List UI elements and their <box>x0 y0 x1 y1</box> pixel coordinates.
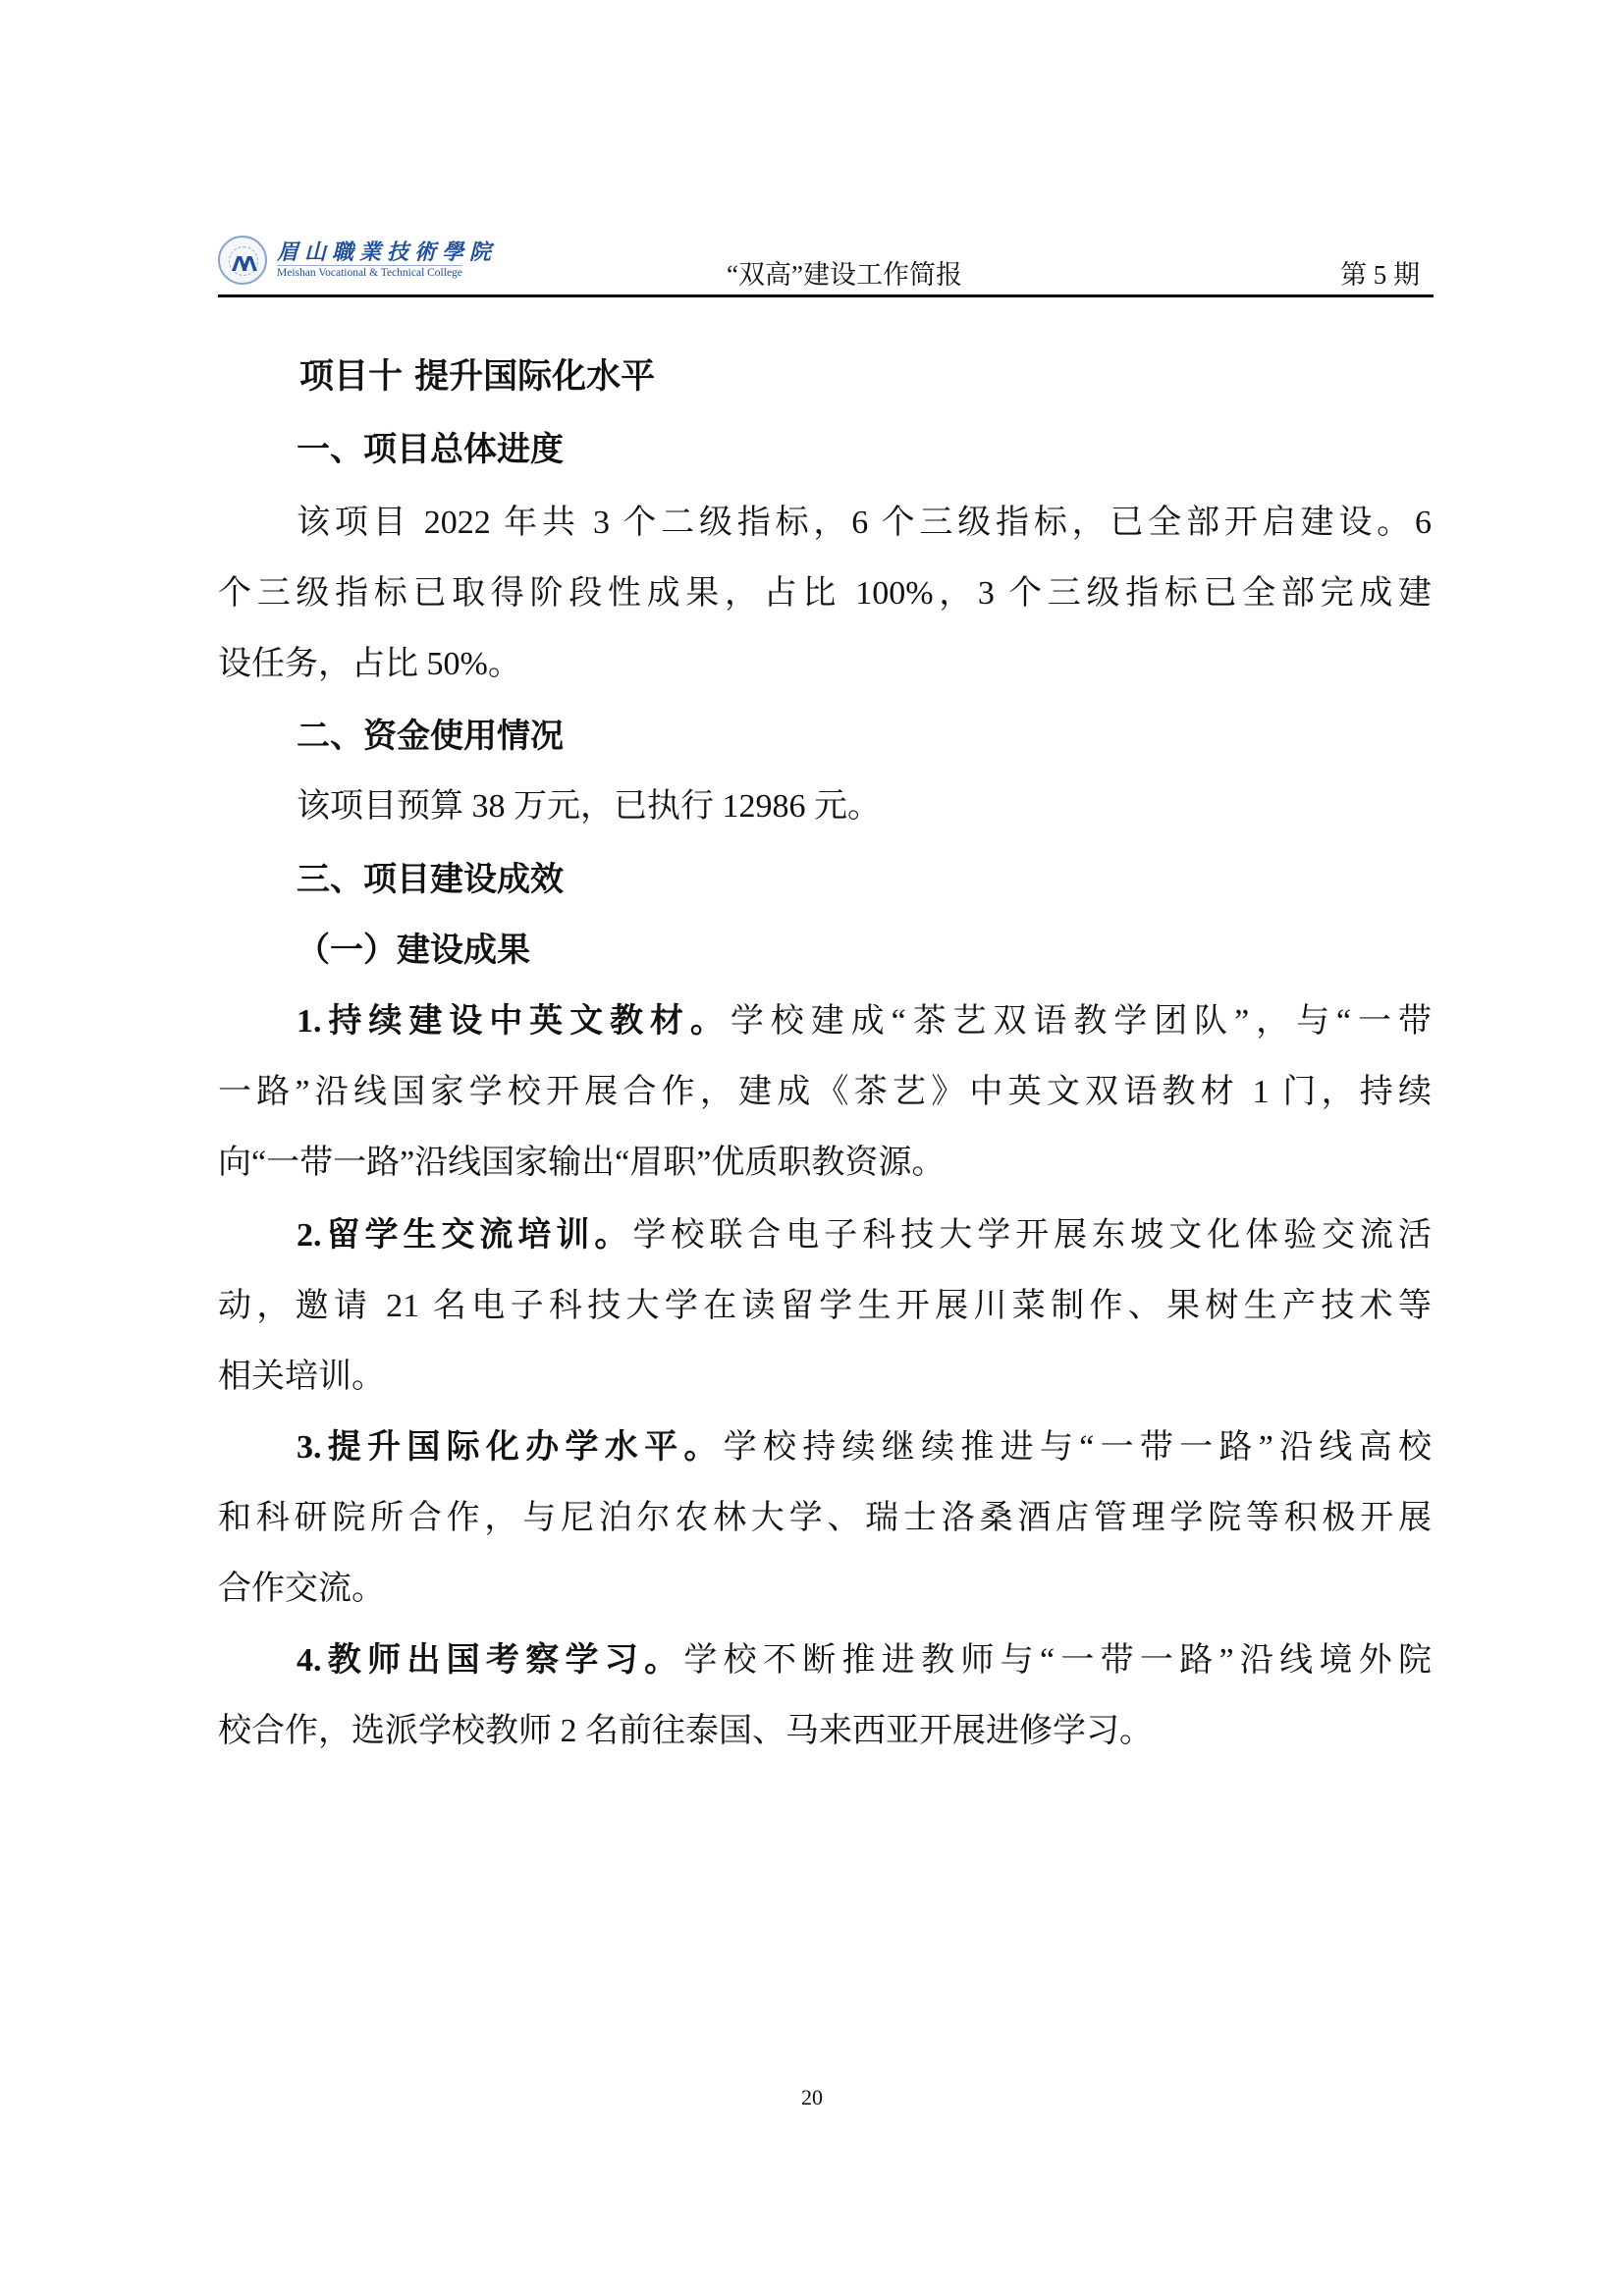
paragraph-line: 设任务，占比 50%。 <box>218 645 521 684</box>
paragraph-line: 该项目 2022 年共 3 个二级指标，6 个三级指标，已全部开启建设。6 <box>297 504 1432 543</box>
result-item-line: 一路”沿线国家学校开展合作，建成《茶艺》中英文双语教材 1 门，持续 <box>218 1073 1432 1112</box>
result-item-text: 学校建成“茶艺双语教学团队”，与“一带 <box>731 1003 1432 1040</box>
result-item-text: 学校不断推进教师与“一带一路”沿线境外院 <box>683 1642 1432 1679</box>
subsection-heading: （一）建设成果 <box>297 931 530 970</box>
result-item-line: 合作交流。 <box>218 1570 385 1609</box>
result-item-line: 2.留学生交流培训。学校联合电子科技大学开展东坡文化体验交流活 <box>297 1216 1432 1255</box>
result-item-line: 相关培训。 <box>218 1358 385 1397</box>
section-heading-progress: 一、项目总体进度 <box>297 430 564 469</box>
result-item-line: 3.提升国际化办学水平。学校持续继续推进与“一带一路”沿线高校 <box>297 1428 1432 1468</box>
college-emblem-icon: ΛΛ <box>218 236 267 285</box>
result-item-line: 向“一带一路”沿线国家输出“眉职”优质职教资源。 <box>218 1144 945 1183</box>
result-item-line: 1.持续建设中英文教材。学校建成“茶艺双语教学团队”，与“一带 <box>297 1002 1432 1041</box>
result-item-line: 校合作，选派学校教师 2 名前往泰国、马来西亚开展进修学习。 <box>218 1712 1153 1751</box>
school-name-cn: 眉山職業技術學院 <box>277 236 497 266</box>
result-item-lead: 3.提升国际化办学水平。 <box>297 1429 724 1466</box>
page-header: ΛΛ 眉山職業技術學院 Meishan Vocational & Technic… <box>218 232 1434 296</box>
paragraph-line: 该项目预算 38 万元，已执行 12986 元。 <box>297 787 881 827</box>
school-name-en: Meishan Vocational & Technical College <box>277 265 462 279</box>
page-number: 20 <box>0 2085 1624 2110</box>
emblem-mark-icon: ΛΛ <box>232 252 252 276</box>
result-item-lead: 2.留学生交流培训。 <box>297 1217 632 1254</box>
result-item-line: 动，邀请 21 名电子科技大学在读留学生开展川菜制作、果树生产技术等 <box>218 1287 1432 1326</box>
issue-number: 第 5 期 <box>1340 253 1420 292</box>
result-item-text: 学校持续继续推进与“一带一路”沿线高校 <box>724 1429 1432 1466</box>
paragraph-line: 个三级指标已取得阶段性成果，占比 100%，3 个三级指标已全部完成建 <box>218 574 1432 614</box>
result-item-line: 4.教师出国考察学习。学校不断推进教师与“一带一路”沿线境外院 <box>297 1641 1432 1681</box>
section-heading-results: 三、项目建设成效 <box>297 860 564 899</box>
brief-title: “双高”建设工作简报 <box>727 253 962 292</box>
document-title: 项目十 提升国际化水平 <box>299 357 655 397</box>
result-item-lead: 4.教师出国考察学习。 <box>297 1642 683 1679</box>
result-item-lead: 1.持续建设中英文教材。 <box>297 1003 731 1040</box>
result-item-text: 学校联合电子科技大学开展东坡文化体验交流活 <box>632 1217 1432 1254</box>
result-item-line: 和科研院所合作，与尼泊尔农林大学、瑞士洛桑酒店管理学院等积极开展 <box>218 1499 1432 1538</box>
header-rule <box>218 294 1434 297</box>
section-heading-funds: 二、资金使用情况 <box>297 717 564 756</box>
